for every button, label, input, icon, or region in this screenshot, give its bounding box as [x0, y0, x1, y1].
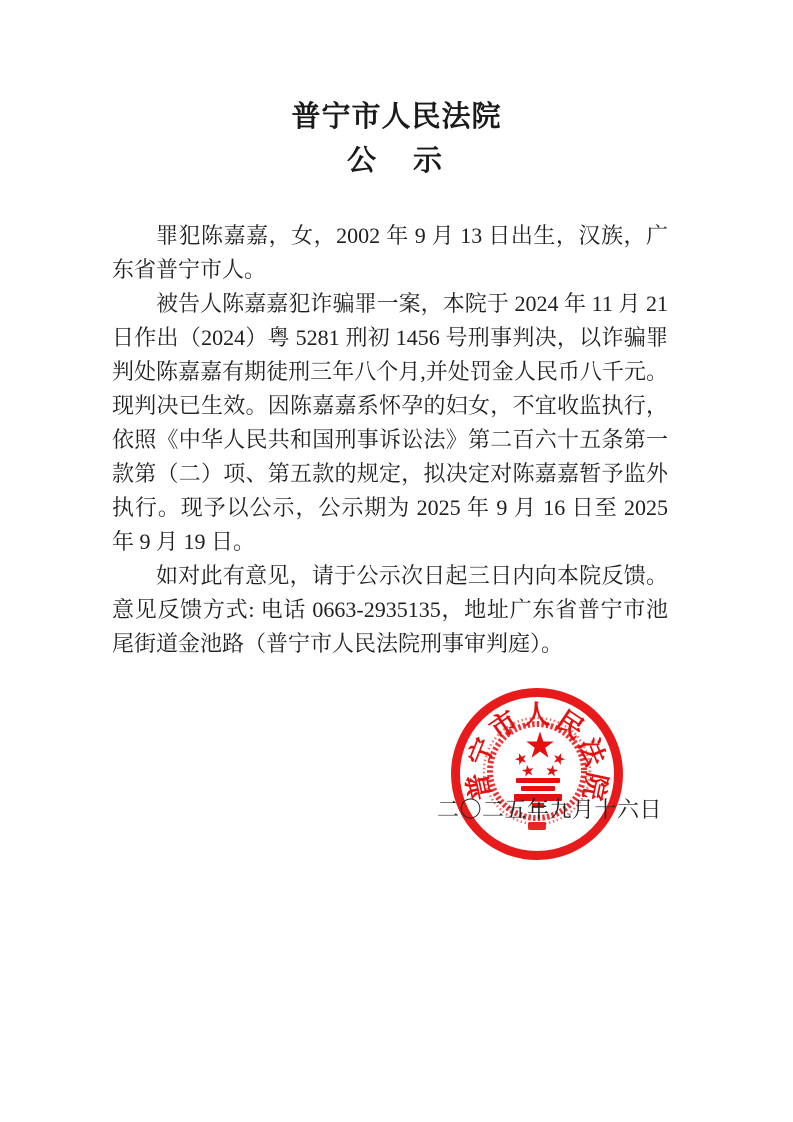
body-line: 依照《中华人民共和国刑事诉讼法》第二百六十五条第一: [112, 423, 668, 457]
issue-date: 二〇二五年九月十六日: [437, 793, 657, 824]
body-line: 日作出（2024）粤 5281 刑初 1456 号刑事判决，以诈骗罪: [112, 321, 668, 355]
body-line: 罪犯陈嘉嘉，女，2002 年 9 月 13 日出生，汉族，广: [112, 219, 668, 253]
notice-document-page: 普宁市人民法院 公 示 罪犯陈嘉嘉，女，2002 年 9 月 13 日出生，汉族…: [0, 0, 793, 1122]
court-seal: 普宁市人民法院: [437, 674, 637, 874]
doc-type-title: 公 示: [0, 138, 793, 179]
body-line: 年 9 月 19 日。: [112, 525, 668, 559]
body-line: 东省普宁市人。: [112, 253, 668, 287]
court-name-title: 普宁市人民法院: [0, 94, 793, 135]
paragraph-defendant-info: 罪犯陈嘉嘉，女，2002 年 9 月 13 日出生，汉族，广 东省普宁市人。: [112, 219, 668, 287]
notice-body: 罪犯陈嘉嘉，女，2002 年 9 月 13 日出生，汉族，广 东省普宁市人。 被…: [112, 219, 668, 661]
body-line: 现判决已生效。因陈嘉嘉系怀孕的妇女，不宜收监执行，: [112, 389, 668, 423]
court-seal-stamp: 普宁市人民法院: [437, 674, 637, 874]
body-line: 款第（二）项、第五款的规定，拟决定对陈嘉嘉暂予监外: [112, 457, 668, 491]
body-line: 尾街道金池路（普宁市人民法院刑事审判庭）。: [112, 627, 668, 661]
body-line: 执行。现予以公示，公示期为 2025 年 9 月 16 日至 2025: [112, 491, 668, 525]
paragraph-feedback-info: 如对此有意见，请于公示次日起三日内向本院反馈。 意见反馈方式: 电话 0663-…: [112, 559, 668, 661]
body-line: 判处陈嘉嘉有期徒刑三年八个月,并处罚金人民币八千元。: [112, 355, 668, 389]
body-line: 意见反馈方式: 电话 0663-2935135，地址广东省普宁市池: [112, 593, 668, 627]
paragraph-judgment-details: 被告人陈嘉嘉犯诈骗罪一案，本院于 2024 年 11 月 21 日作出（2024…: [112, 287, 668, 559]
body-line: 被告人陈嘉嘉犯诈骗罪一案，本院于 2024 年 11 月 21: [112, 287, 668, 321]
body-line: 如对此有意见，请于公示次日起三日内向本院反馈。: [112, 559, 668, 593]
